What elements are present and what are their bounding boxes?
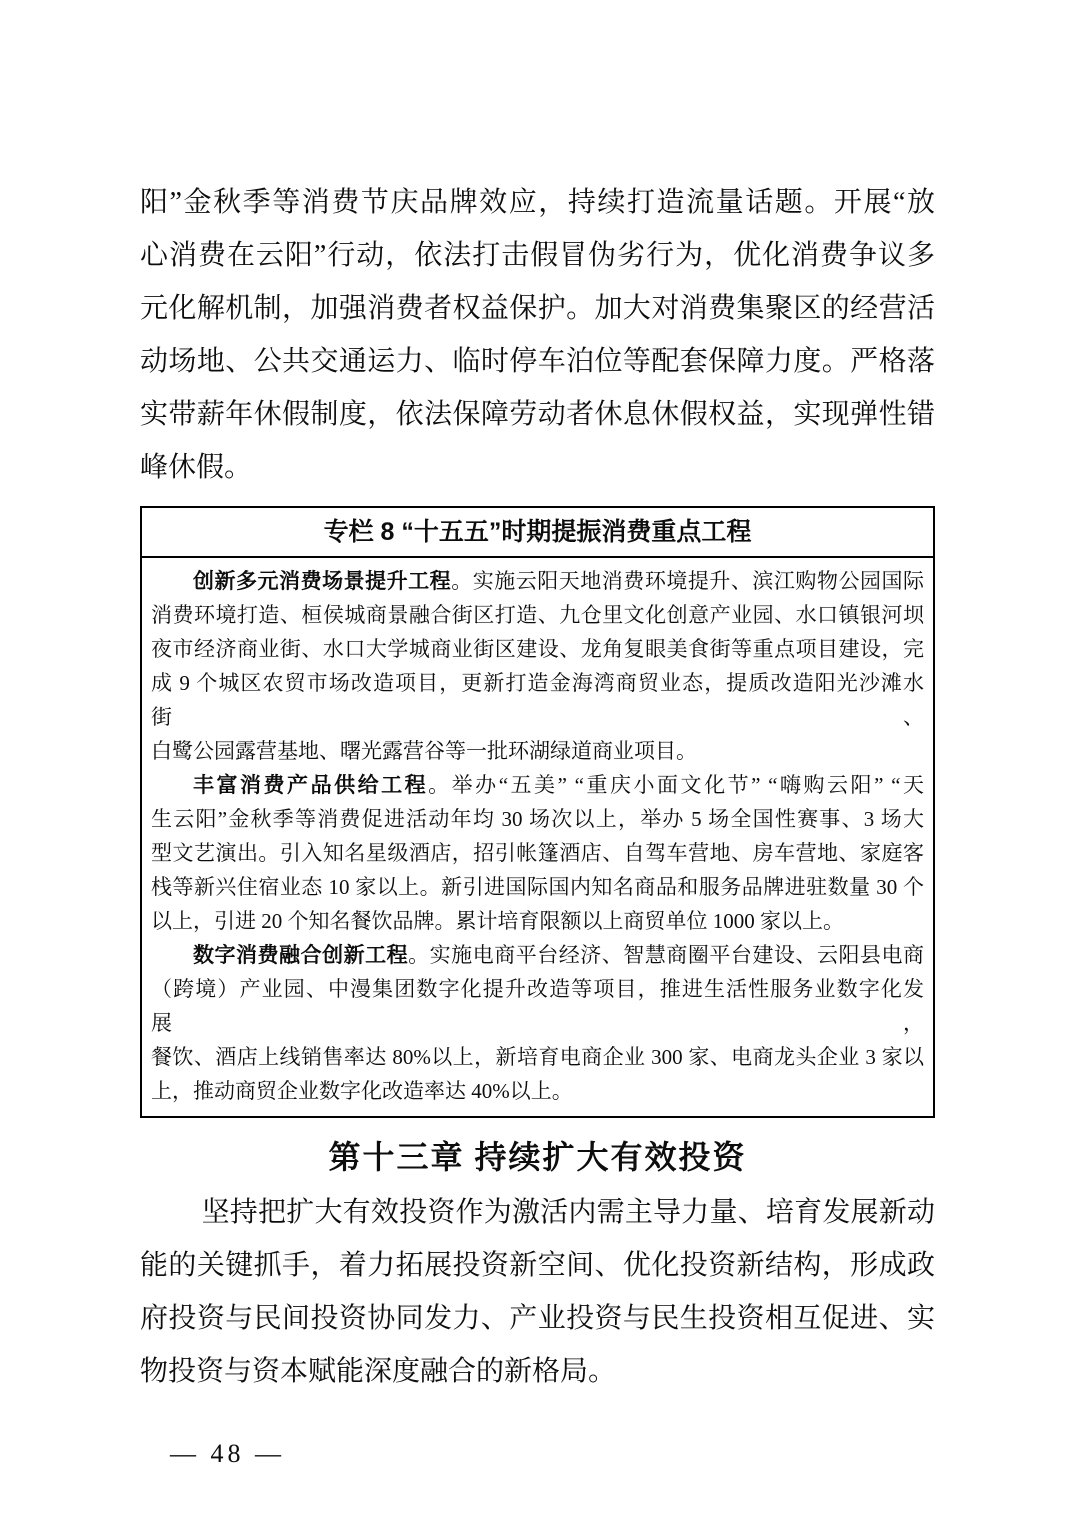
body-line: 阳”金秋季等消费节庆品牌效应，持续打造流量话题。开展“放 (140, 176, 935, 229)
box-paragraph-first-line: 丰富消费产品供给工程。举办“五美” “重庆小面文化节” “嗨购云阳” “天 (151, 768, 924, 802)
box-line: 消费环境打造、桓侯城商景融合街区打造、九仓里文化创意产业园、水口镇银河坝 (151, 598, 924, 632)
chapter-heading: 第十三章 持续扩大有效投资 (140, 1132, 935, 1182)
box-line: （跨境）产业园、中漫集团数字化提升改造等项目，推进生活性服务业数字化发展， (151, 972, 924, 1040)
feature-box-body: 创新多元消费场景提升工程。实施云阳天地消费环境提升、滨江购物公园国际 消费环境打… (142, 558, 933, 1116)
body-line: 实带薪年休假制度，依法保障劳动者休息休假权益，实现弹性错 (140, 388, 935, 441)
box-line: 型文艺演出。引入知名星级酒店，招引帐篷酒店、自驾车营地、房车营地、家庭客 (151, 836, 924, 870)
page-number: — 48 — (140, 1434, 935, 1474)
box-line: 白鹭公园露营基地、曙光露营谷等一批环湖绿道商业项目。 (151, 734, 924, 768)
box-line: 生云阳”金秋季等消费促进活动年均 30 场次以上，举办 5 场全国性赛事、3 场… (151, 802, 924, 836)
box-paragraph-text: 。实施电商平台经济、智慧商圈平台建设、云阳县电商 (408, 943, 924, 967)
body-line: 能的关键抓手，着力拓展投资新空间、优化投资新结构，形成政 (140, 1239, 935, 1292)
box-paragraph-lead: 创新多元消费场景提升工程 (193, 569, 451, 593)
box-paragraph-product-supply: 丰富消费产品供给工程。举办“五美” “重庆小面文化节” “嗨购云阳” “天 生云… (151, 768, 924, 938)
box-line: 夜市经济商业街、水口大学城商业街区建设、龙角复眼美食街等重点项目建设，完 (151, 632, 924, 666)
box-paragraph-first-line: 数字消费融合创新工程。实施电商平台经济、智慧商圈平台建设、云阳县电商 (151, 938, 924, 972)
body-line: 物投资与资本赋能深度融合的新格局。 (140, 1345, 935, 1398)
box-paragraph-text: 。实施云阳天地消费环境提升、滨江购物公园国际 (451, 569, 924, 593)
body-line: 元化解机制，加强消费者权益保护。加大对消费集聚区的经营活 (140, 282, 935, 335)
box-line: 成 9 个城区农贸市场改造项目，更新打造金海湾商贸业态，提质改造阳光沙滩水街、 (151, 666, 924, 734)
feature-box-column-8: 专栏 8 “十五五”时期提振消费重点工程 创新多元消费场景提升工程。实施云阳天地… (140, 506, 935, 1118)
box-paragraph-lead: 丰富消费产品供给工程 (193, 773, 428, 797)
chapter-paragraph: 坚持把扩大有效投资作为激活内需主导力量、培育发展新动 能的关键抓手，着力拓展投资… (140, 1186, 935, 1398)
body-line: 坚持把扩大有效投资作为激活内需主导力量、培育发展新动 (140, 1186, 935, 1239)
body-line: 动场地、公共交通运力、临时停车泊位等配套保障力度。严格落 (140, 335, 935, 388)
box-line: 以上，引进 20 个知名餐饮品牌。累计培育限额以上商贸单位 1000 家以上。 (151, 904, 924, 938)
body-line: 峰休假。 (140, 441, 935, 494)
box-paragraph-first-line: 创新多元消费场景提升工程。实施云阳天地消费环境提升、滨江购物公园国际 (151, 564, 924, 598)
box-line: 栈等新兴住宿业态 10 家以上。新引进国际国内知名商品和服务品牌进驻数量 30 … (151, 870, 924, 904)
body-line: 府投资与民间投资协同发力、产业投资与民生投资相互促进、实 (140, 1292, 935, 1345)
box-line: 餐饮、酒店上线销售率达 80%以上，新培育电商企业 300 家、电商龙头企业 3… (151, 1040, 924, 1074)
document-page: 阳”金秋季等消费节庆品牌效应，持续打造流量话题。开展“放 心消费在云阳”行动，依… (140, 0, 935, 1474)
box-paragraph-text: 。举办“五美” “重庆小面文化节” “嗨购云阳” “天 (428, 773, 924, 797)
intro-paragraph: 阳”金秋季等消费节庆品牌效应，持续打造流量话题。开展“放 心消费在云阳”行动，依… (140, 176, 935, 494)
box-line: 上，推动商贸企业数字化改造率达 40%以上。 (151, 1074, 924, 1108)
box-paragraph-scene-upgrade: 创新多元消费场景提升工程。实施云阳天地消费环境提升、滨江购物公园国际 消费环境打… (151, 564, 924, 768)
feature-box-title: 专栏 8 “十五五”时期提振消费重点工程 (142, 508, 933, 558)
box-paragraph-digital-consumption: 数字消费融合创新工程。实施电商平台经济、智慧商圈平台建设、云阳县电商 （跨境）产… (151, 938, 924, 1108)
body-line: 心消费在云阳”行动，依法打击假冒伪劣行为，优化消费争议多 (140, 229, 935, 282)
box-paragraph-lead: 数字消费融合创新工程 (193, 943, 408, 967)
